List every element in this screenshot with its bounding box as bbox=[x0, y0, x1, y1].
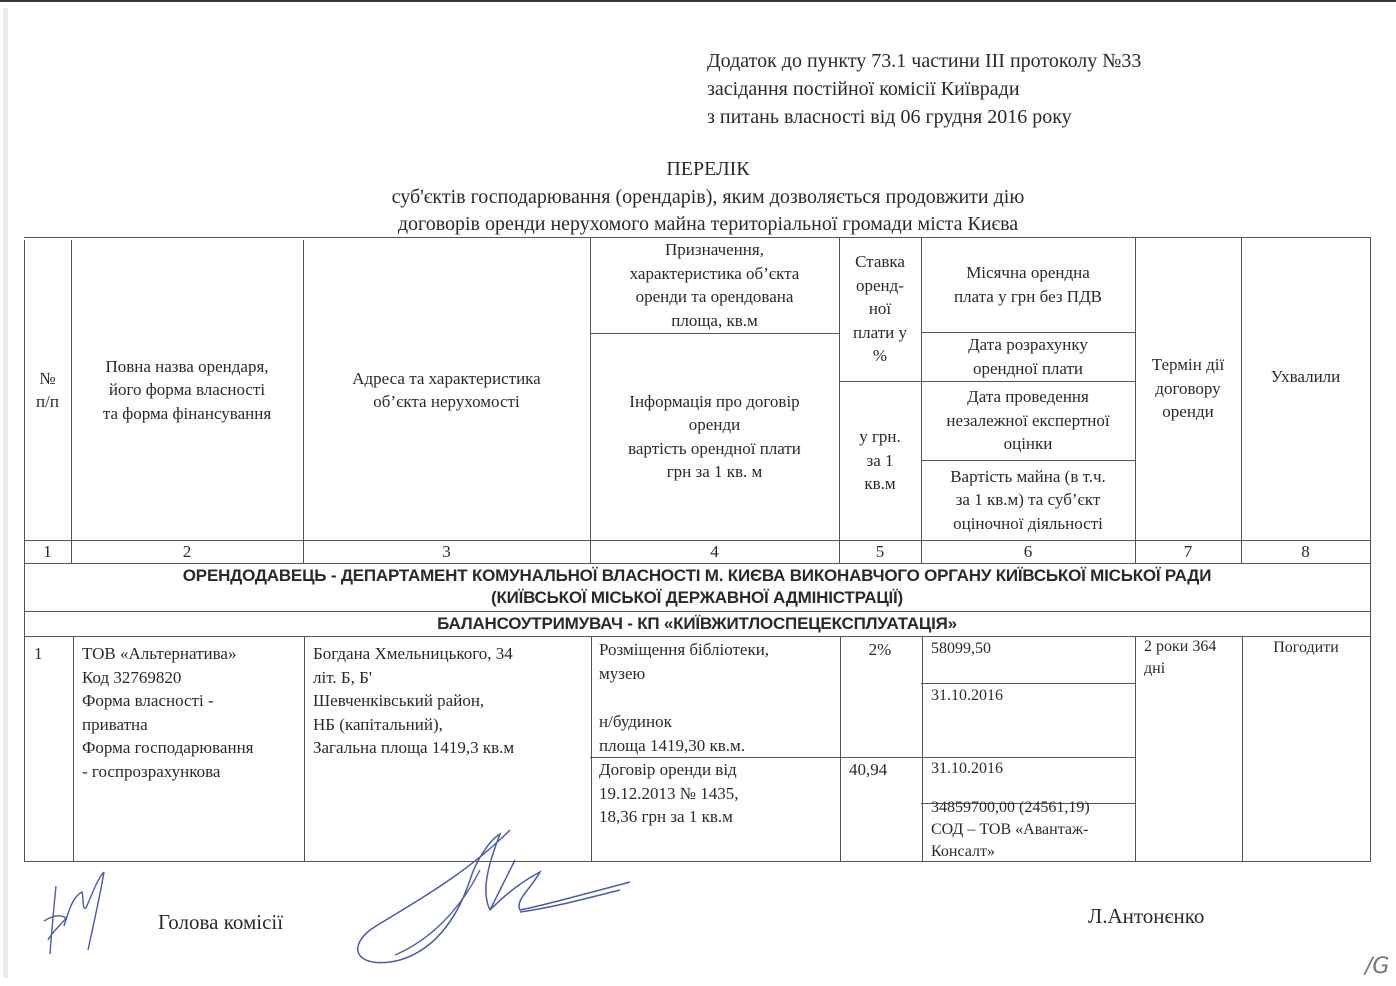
grid-line bbox=[24, 611, 1370, 612]
chair-label: Голова комісії bbox=[158, 910, 283, 934]
scan-top-edge bbox=[0, 0, 1396, 2]
header-rate-percent: Ставка оренд- ної плати у % bbox=[839, 237, 921, 381]
chair-signature-icon bbox=[340, 820, 640, 970]
grid-line bbox=[24, 563, 1370, 564]
column-number-1: 1 bbox=[24, 541, 71, 563]
column-number-8: 8 bbox=[1241, 541, 1370, 563]
initials-signature-icon bbox=[38, 866, 128, 966]
page-mark: /G bbox=[1365, 955, 1389, 979]
header-appraisal-date: Дата проведення незалежної експертної оц… bbox=[921, 381, 1135, 460]
document-subtitle-line-2: договорів оренди нерухомого майна терито… bbox=[0, 212, 1396, 236]
contract-info: Договір оренди від 19.12.2013 № 1435, 18… bbox=[599, 758, 837, 829]
column-number-3: 3 bbox=[303, 541, 590, 563]
monthly-rent: 58099,50 bbox=[931, 637, 991, 661]
appraisal-date: 31.10.2016 bbox=[931, 757, 1003, 781]
rent-calc-date: 31.10.2016 bbox=[931, 684, 1003, 708]
property-address: Богдана Хмельницького, 34 літ. Б, Б' Шев… bbox=[313, 642, 588, 760]
grid-line bbox=[1135, 636, 1136, 861]
column-number-2: 2 bbox=[71, 541, 303, 563]
header-purpose: Призначення, характеристика об’єкта орен… bbox=[590, 237, 839, 333]
row-number: 1 bbox=[34, 642, 43, 666]
document-subtitle-line-1: суб'єктів господарювання (орендарів), як… bbox=[0, 185, 1396, 209]
annex-note: Додаток до пункту 73.1 частини ІІІ прото… bbox=[707, 47, 1141, 131]
annex-line-2: засідання постійної комісії Київради bbox=[707, 75, 1141, 103]
decision: Погодити bbox=[1242, 636, 1370, 660]
header-tenant: Повна назва орендаря, його форма власнос… bbox=[71, 240, 303, 540]
header-contract-info: Інформація про договір оренди вартість о… bbox=[590, 333, 839, 540]
column-number-5: 5 bbox=[839, 541, 921, 563]
header-rate-per-sqm: у грн. за 1 кв.м bbox=[839, 381, 921, 540]
lessor-banner: ОРЕНДОДАВЕЦЬ - ДЕПАРТАМЕНТ КОМУНАЛЬНОЇ В… bbox=[24, 565, 1370, 609]
column-number-4: 4 bbox=[590, 541, 839, 563]
lease-term: 2 роки 364 дні bbox=[1144, 636, 1240, 680]
header-property-value: Вартість майна (в т.ч. за 1 кв.м) та суб… bbox=[921, 460, 1135, 540]
column-number-6: 6 bbox=[921, 541, 1135, 563]
rate-percent: 2% bbox=[840, 638, 920, 662]
chair-name: Л.Антонєнко bbox=[1088, 904, 1204, 928]
grid-line bbox=[1242, 636, 1243, 861]
annex-line-1: Додаток до пункту 73.1 частини ІІІ прото… bbox=[707, 47, 1141, 75]
annex-line-3: з питань власності від 06 грудня 2016 ро… bbox=[707, 103, 1141, 131]
tenant-info: ТОВ «Альтернатива» Код 32769820 Форма вл… bbox=[82, 642, 302, 783]
header-monthly-rent: Місячна орендна плата у грн без ПДВ bbox=[921, 237, 1135, 332]
header-number: № п/п bbox=[24, 240, 71, 540]
grid-line bbox=[922, 636, 923, 861]
scan-left-edge bbox=[3, 8, 8, 978]
rate-per-sqm: 40,94 bbox=[849, 758, 887, 782]
header-address: Адреса та характеристика об’єкта нерухом… bbox=[303, 240, 590, 540]
grid-line bbox=[1370, 237, 1371, 862]
balance-holder-banner: БАЛАНСОУТРИМУВАЧ - КП «КИЇВЖИТЛОСПЕЦЕКСП… bbox=[24, 613, 1370, 635]
lease-purpose: Розміщення бібліотеки, музею н/будинок п… bbox=[599, 638, 837, 758]
column-number-7: 7 bbox=[1135, 541, 1241, 563]
property-value: 34859700,00 (24561,19) СОД – ТОВ «Аванта… bbox=[931, 797, 1135, 863]
grid-line bbox=[24, 861, 1370, 862]
document-heading: ПЕРЕЛІК bbox=[0, 157, 1396, 181]
header-rent-calc-date: Дата розрахунку орендної плати bbox=[921, 332, 1135, 381]
grid-line bbox=[840, 636, 841, 861]
header-decision: Ухвалили bbox=[1241, 237, 1370, 517]
header-term: Термін дії договору оренди bbox=[1135, 237, 1241, 540]
grid-line bbox=[73, 636, 74, 861]
grid-line bbox=[304, 636, 305, 861]
